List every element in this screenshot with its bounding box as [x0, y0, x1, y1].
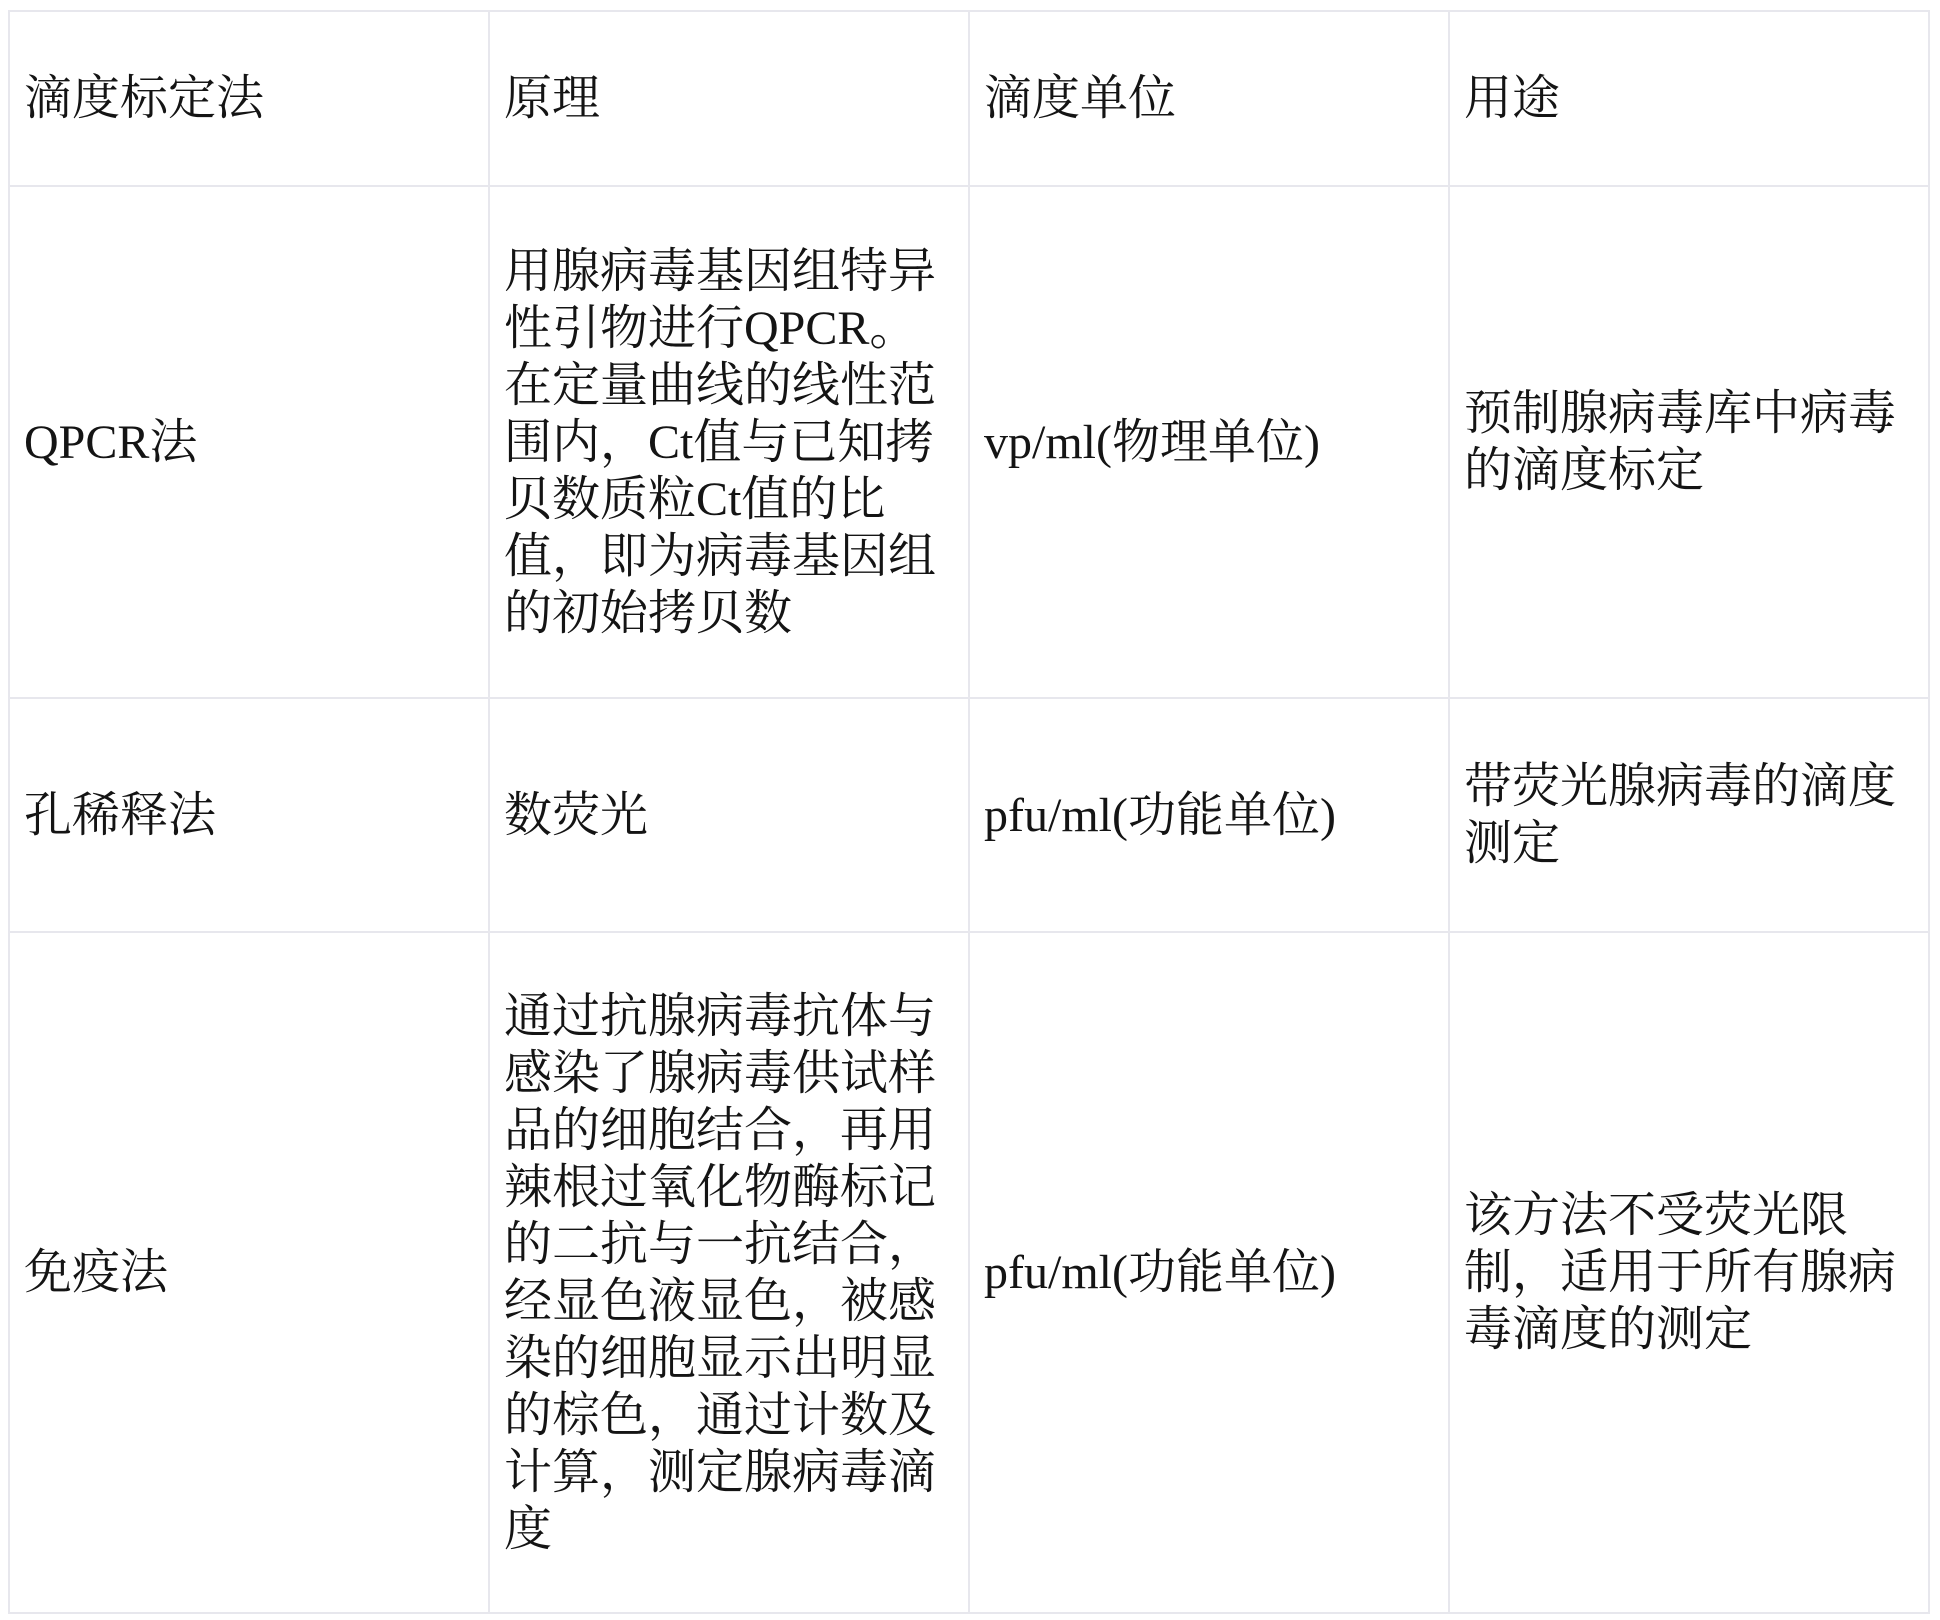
header-cell-use: 用途 [1449, 11, 1929, 186]
table-row-immunoassay: 免疫法 通过抗腺病毒抗体与感染了腺病毒供试样品的细胞结合，再用辣根过氧化物酶标记… [9, 932, 1929, 1613]
cell-dilution-principle: 数荧光 [489, 698, 969, 932]
header-cell-unit: 滴度单位 [969, 11, 1449, 186]
header-cell-principle: 原理 [489, 11, 969, 186]
cell-immune-principle: 通过抗腺病毒抗体与感染了腺病毒供试样品的细胞结合，再用辣根过氧化物酶标记的二抗与… [489, 932, 969, 1613]
cell-immune-use: 该方法不受荧光限制，适用于所有腺病毒滴度的测定 [1449, 932, 1929, 1613]
cell-qpcr-principle: 用腺病毒基因组特异性引物进行QPCR。在定量曲线的线性范围内，Ct值与已知拷贝数… [489, 186, 969, 698]
adenovirus-titer-methods-table: 滴度标定法 原理 滴度单位 用途 QPCR法 用腺病毒基因组特异性引物进行QPC… [8, 10, 1930, 1614]
cell-dilution-use: 带荧光腺病毒的滴度测定 [1449, 698, 1929, 932]
header-cell-method: 滴度标定法 [9, 11, 489, 186]
cell-qpcr-method: QPCR法 [9, 186, 489, 698]
table-row-qpcr: QPCR法 用腺病毒基因组特异性引物进行QPCR。在定量曲线的线性范围内，Ct值… [9, 186, 1929, 698]
cell-immune-unit: pfu/ml(功能单位) [969, 932, 1449, 1613]
cell-dilution-unit: pfu/ml(功能单位) [969, 698, 1449, 932]
titer-table-container: 滴度标定法 原理 滴度单位 用途 QPCR法 用腺病毒基因组特异性引物进行QPC… [8, 10, 1930, 1614]
cell-qpcr-use: 预制腺病毒库中病毒的滴度标定 [1449, 186, 1929, 698]
table-header-row: 滴度标定法 原理 滴度单位 用途 [9, 11, 1929, 186]
table-row-well-dilution: 孔稀释法 数荧光 pfu/ml(功能单位) 带荧光腺病毒的滴度测定 [9, 698, 1929, 932]
cell-dilution-method: 孔稀释法 [9, 698, 489, 932]
cell-qpcr-unit: vp/ml(物理单位) [969, 186, 1449, 698]
cell-immune-method: 免疫法 [9, 932, 489, 1613]
